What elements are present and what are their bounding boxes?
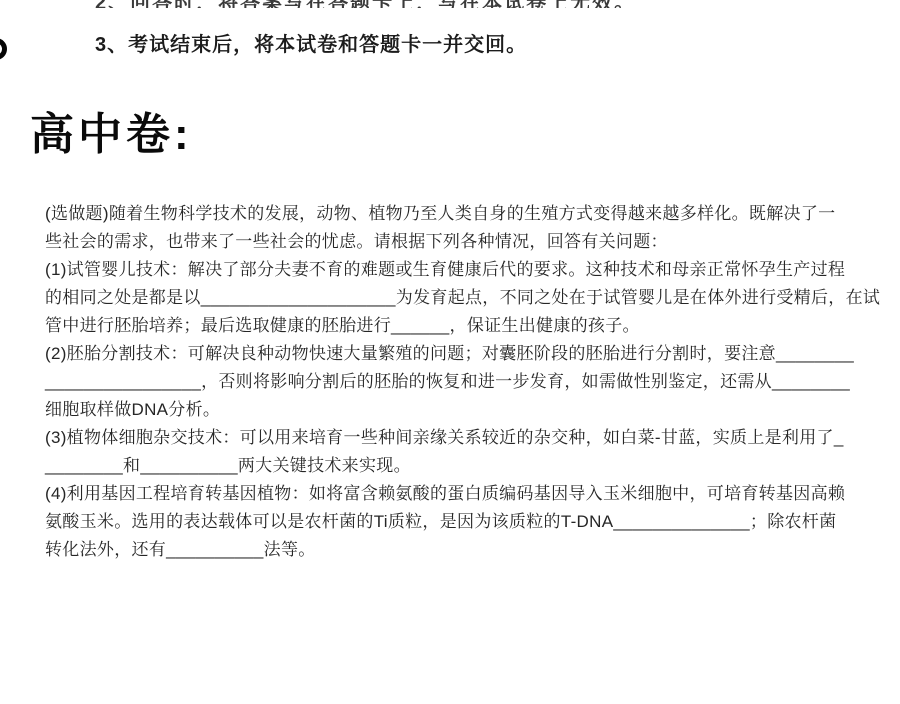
question-line: 细胞取样做DNA分析。 — [45, 396, 865, 424]
question-line: (3)植物体细胞杂交技术：可以用来培育一些种间亲缘关系较近的杂交种，如白菜-甘蓝… — [45, 424, 865, 452]
question-line: 氨酸玉米。选用的表达载体可以是农杆菌的Ti质粒，是因为该质粒的T-DNA____… — [45, 508, 865, 536]
question-line: ________和__________两大关键技术来实现。 — [45, 452, 865, 480]
instruction-line: 3、考试结束后，将本试卷和答题卡一并交回。 — [95, 28, 527, 57]
question-line: (4)利用基因工程培育转基因植物：如将富含赖氨酸的蛋白质编码基因导入玉米细胞中，… — [45, 480, 865, 508]
question-line: (选做题)随着生物科学技术的发展，动物、植物乃至人类自身的生殖方式变得越来越多样… — [45, 200, 865, 228]
question-line: 些社会的需求，也带来了一些社会的忧虑。请根据下列各种情况，回答有关问题： — [45, 228, 865, 256]
page-title: 高中卷: — [30, 98, 193, 162]
question-line: 管中进行胚胎培养；最后选取健康的胚胎进行______，保证生出健康的孩子。 — [45, 312, 865, 340]
question-block: (选做题)随着生物科学技术的发展，动物、植物乃至人类自身的生殖方式变得越来越多样… — [45, 200, 865, 564]
question-line: (2)胚胎分割技术：可解决良种动物快速大量繁殖的问题；对囊胚阶段的胚胎进行分割时… — [45, 340, 865, 368]
question-line: 转化法外，还有__________法等。 — [45, 536, 865, 564]
question-line: ________________，否则将影响分割后的胚胎的恢复和进一步发育，如需… — [45, 368, 865, 396]
top-clipped-line-text: 2、回答时，将答案写在答题卡上，写在本试卷上无效。 — [95, 0, 865, 8]
question-line: 的相同之处是都是以____________________为发育起点，不同之处在… — [45, 284, 865, 312]
exam-page: { "page": { "background": "#ffffff", "te… — [0, 0, 900, 704]
question-line: (1)试管婴儿技术：解决了部分夫妻不育的难题或生育健康后代的要求。这种技术和母亲… — [45, 256, 865, 284]
left-edge-partial-circle-mark — [0, 38, 7, 60]
top-clipped-line: 2、回答时，将答案写在答题卡上，写在本试卷上无效。 — [95, 0, 865, 8]
